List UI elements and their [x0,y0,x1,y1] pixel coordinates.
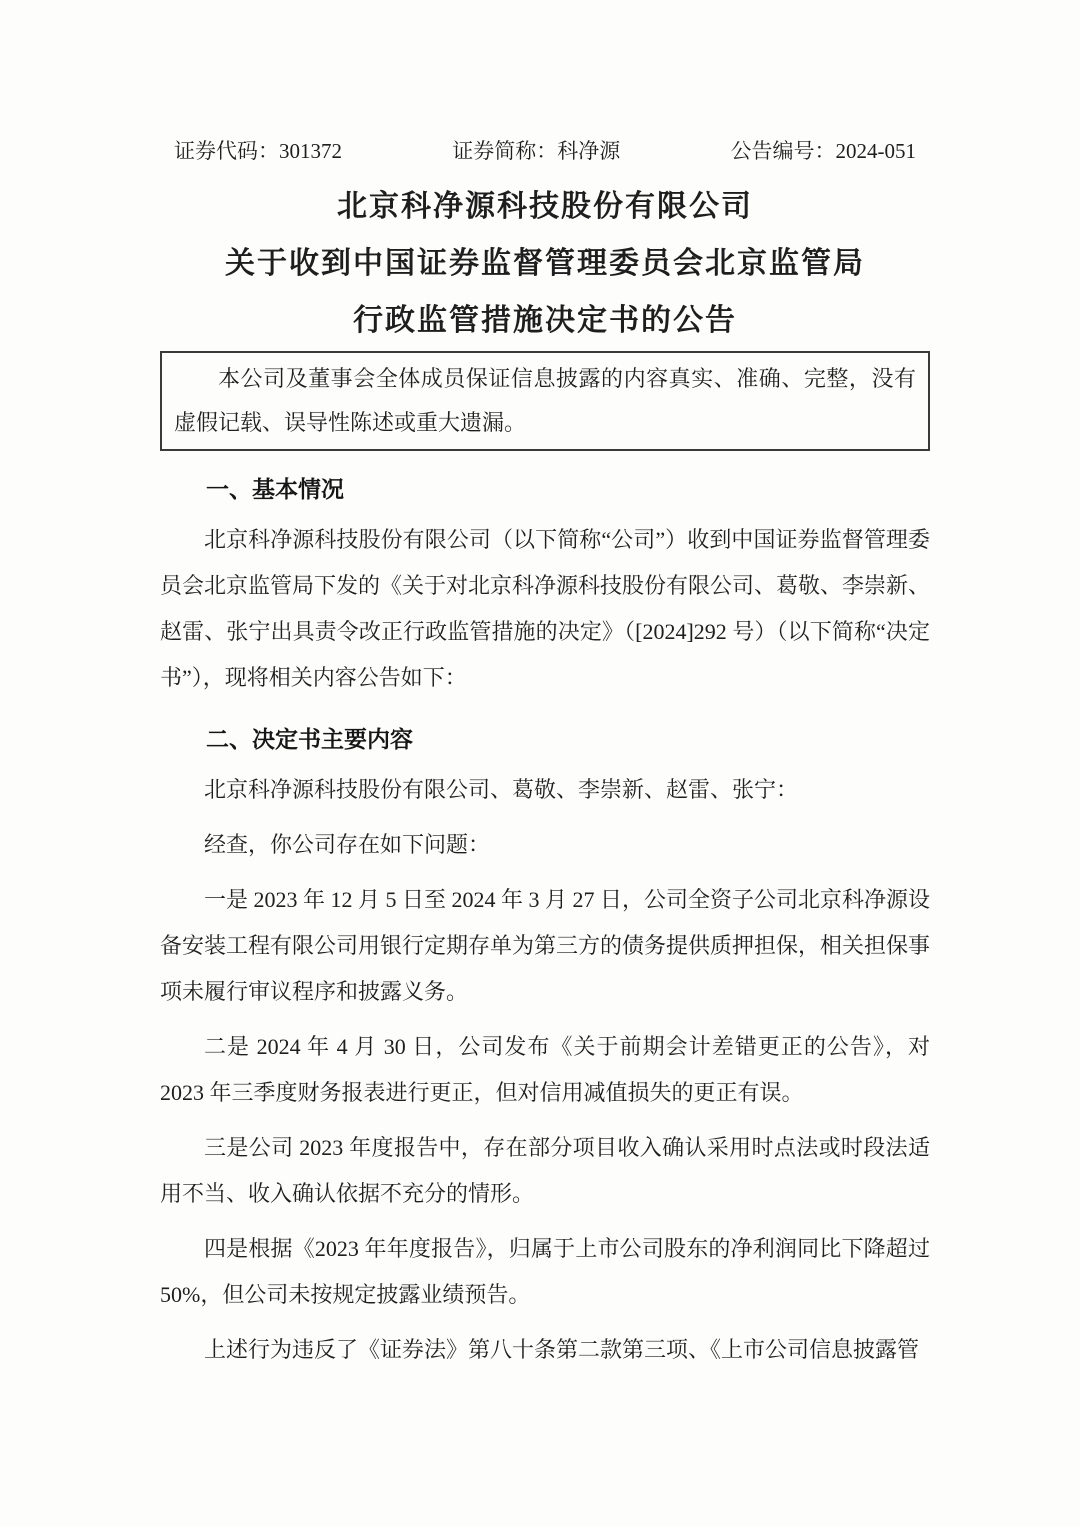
document-title: 北京科净源科技股份有限公司 关于收到中国证券监督管理委员会北京监管局 行政监管措… [160,178,930,349]
section-2-heading: 二、决定书主要内容 [160,725,930,753]
stock-abbreviation: 证券简称：科净源 [452,138,620,164]
announcement-number: 公告编号：2024-051 [731,138,917,164]
section-2-paragraph-4: 二是 2024 年 4 月 30 日，公司发布《关于前期会计差错更正的公告》，对… [160,1024,930,1116]
title-line-subject: 关于收到中国证券监督管理委员会北京监管局 [160,235,930,292]
section-2-paragraph-5: 三是公司 2023 年度报告中，存在部分项目收入确认采用时点法或时段法适用不当、… [160,1125,930,1217]
section-1-paragraph-1: 北京科净源科技股份有限公司（以下简称“公司”）收到中国证券监督管理委员会北京监管… [160,517,930,701]
section-1-heading: 一、基本情况 [160,475,930,503]
disclaimer-box: 本公司及董事会全体成员保证信息披露的内容真实、准确、完整，没有虚假记载、误导性陈… [160,351,930,451]
stock-code: 证券代码：301372 [174,138,342,164]
document-header: 证券代码：301372 证券简称：科净源 公告编号：2024-051 [160,138,930,164]
section-2-paragraph-1: 北京科净源科技股份有限公司、葛敬、李崇新、赵雷、张宁： [160,767,930,813]
disclaimer-text: 本公司及董事会全体成员保证信息披露的内容真实、准确、完整，没有虚假记载、误导性陈… [174,357,916,445]
section-2-paragraph-2: 经查，你公司存在如下问题： [160,822,930,868]
section-2-paragraph-3: 一是 2023 年 12 月 5 日至 2024 年 3 月 27 日，公司全资… [160,877,930,1015]
announcement-page: 证券代码：301372 证券简称：科净源 公告编号：2024-051 北京科净源… [0,0,1080,1527]
section-2-paragraph-6: 四是根据《2023 年年度报告》，归属于上市公司股东的净利润同比下降超过 50%… [160,1226,930,1318]
title-line-doc-type: 行政监管措施决定书的公告 [160,292,930,349]
section-2-paragraph-7: 上述行为违反了《证券法》第八十条第二款第三项、《上市公司信息披露管 [160,1327,930,1373]
title-line-company: 北京科净源科技股份有限公司 [160,178,930,235]
document-content: 证券代码：301372 证券简称：科净源 公告编号：2024-051 北京科净源… [160,0,930,1382]
document-body: 一、基本情况 北京科净源科技股份有限公司（以下简称“公司”）收到中国证券监督管理… [160,475,930,1373]
